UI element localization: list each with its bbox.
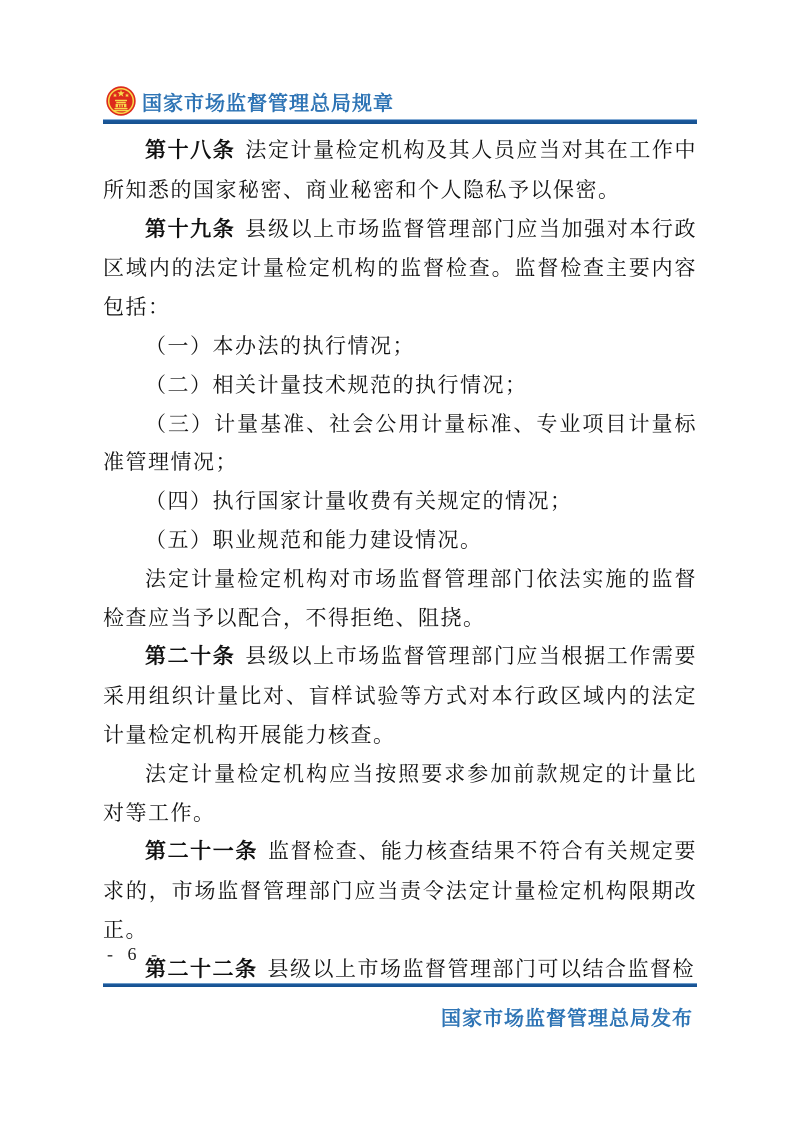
header-title: 国家市场监督管理总局规章 — [142, 87, 394, 116]
paragraph: （二）相关计量技术规范的执行情况； — [103, 366, 697, 405]
paragraph: 第十八条法定计量检定机构及其人员应当对其在工作中所知悉的国家秘密、商业秘密和个人… — [103, 131, 697, 210]
footer-rule — [103, 983, 697, 987]
paragraph-text: （五）职业规范和能力建设情况。 — [145, 528, 483, 552]
paragraph: 第十九条县级以上市场监督管理部门应当加强对本行政区域内的法定计量检定机构的监督检… — [103, 210, 697, 327]
page-header: 国家市场监督管理总局规章 — [106, 84, 700, 118]
page-number: - 6 - — [107, 944, 162, 965]
document-body: 第十八条法定计量检定机构及其人员应当对其在工作中所知悉的国家秘密、商业秘密和个人… — [103, 131, 697, 990]
article-number: 第二十一条 — [145, 840, 268, 863]
publisher-line: 国家市场监督管理总局发布 — [441, 1002, 693, 1031]
document-page: 国家市场监督管理总局规章 第十八条法定计量检定机构及其人员应当对其在工作中所知悉… — [0, 0, 793, 1122]
paragraph-text: 法定计量检定机构对市场监督管理部门依法实施的监督检查应当予以配合，不得拒绝、阻挠… — [103, 567, 697, 630]
paragraph: （三）计量基准、社会公用计量标准、专业项目计量标准管理情况； — [103, 405, 697, 483]
paragraph-text: （一）本办法的执行情况； — [145, 334, 415, 358]
header-rule — [103, 119, 697, 124]
article-number: 第二十二条 — [145, 958, 268, 981]
paragraph: 法定计量检定机构应当按照要求参加前款规定的计量比对等工作。 — [103, 755, 697, 833]
paragraph: （五）职业规范和能力建设情况。 — [103, 521, 697, 560]
paragraph: （四）执行国家计量收费有关规定的情况； — [103, 482, 697, 521]
paragraph-text: （三）计量基准、社会公用计量标准、专业项目计量标准管理情况； — [103, 412, 697, 475]
paragraph: 第二十一条监督检查、能力核查结果不符合有关规定要求的，市场监督管理部门应当责令法… — [103, 832, 697, 949]
paragraph-text: （四）执行国家计量收费有关规定的情况； — [145, 489, 573, 513]
paragraph-text: 法定计量检定机构应当按照要求参加前款规定的计量比对等工作。 — [103, 762, 697, 825]
paragraph-text: 县级以上市场监督管理部门可以结合监督检 — [268, 957, 696, 981]
national-emblem-icon — [106, 86, 136, 116]
article-number: 第二十条 — [145, 645, 245, 668]
paragraph: 法定计量检定机构对市场监督管理部门依法实施的监督检查应当予以配合，不得拒绝、阻挠… — [103, 560, 697, 638]
article-number: 第十九条 — [145, 218, 245, 241]
article-number: 第十八条 — [145, 139, 245, 162]
paragraph: 第二十条县级以上市场监督管理部门应当根据工作需要采用组织计量比对、盲样试验等方式… — [103, 637, 697, 754]
paragraph: （一）本办法的执行情况； — [103, 327, 697, 366]
paragraph-text: （二）相关计量技术规范的执行情况； — [145, 373, 528, 397]
